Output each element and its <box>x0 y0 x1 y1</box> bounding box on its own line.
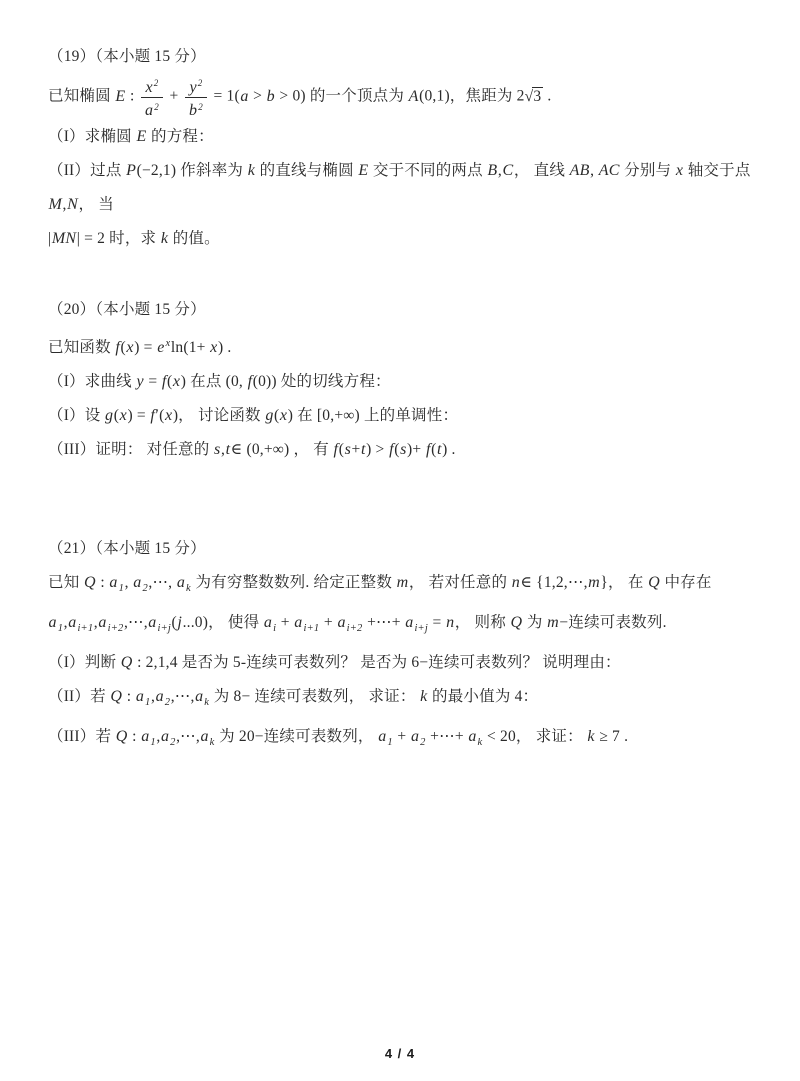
text-span: = 1( <box>209 88 239 105</box>
math-variable: a <box>98 614 107 631</box>
denominator: b2 <box>185 98 208 121</box>
text-span: > <box>249 88 266 105</box>
math-variable: x <box>172 373 180 390</box>
numerator: x2 <box>141 74 164 98</box>
math-variable: a <box>378 728 387 745</box>
text-span: )+ <box>407 441 425 458</box>
text-span: 为 20−连续可表数列， <box>215 728 378 745</box>
math-variable: a <box>176 574 185 591</box>
math-variable: a <box>133 574 142 591</box>
problem-20-body: 已知函数 f(x) = exln(1+ x) .（I）求曲线 y = f(x) … <box>48 327 760 467</box>
math-variable: C <box>502 162 514 179</box>
math-variable: g <box>265 407 274 424</box>
text-span: （I）判断 <box>48 654 120 671</box>
text-span: + <box>320 614 337 631</box>
numerator: y2 <box>185 74 208 98</box>
math-variable: A <box>408 88 419 105</box>
text-span: ...0)， 使得 <box>183 614 264 631</box>
text-span: ≥ 7 . <box>595 728 628 745</box>
fraction: x2a2 <box>141 74 164 120</box>
math-variable: a <box>135 688 144 705</box>
math-variable: a <box>410 728 419 745</box>
text-span: : <box>123 688 136 705</box>
text-span: 已知函数 <box>48 339 115 356</box>
text-span: 分别与 <box>620 162 675 179</box>
text-line: 已知 Q : a1, a2,⋯, ak 为有穷整数数列. 给定正整数 m， 若对… <box>48 566 760 606</box>
text-line: 已知函数 f(x) = exln(1+ x) . <box>48 327 760 365</box>
text-span: ) . <box>442 441 456 458</box>
denominator: a2 <box>141 98 164 121</box>
problem-20-header: （20）（本小题 15 分） <box>48 293 760 327</box>
math-variable: b <box>266 88 275 105</box>
math-variable: Q <box>510 614 523 631</box>
text-span: ∈ (0,+∞) ， 有 <box>231 441 333 458</box>
superscript: 2 <box>197 78 203 88</box>
text-span: + <box>393 728 410 745</box>
problem-19: （19）（本小题 15 分） 已知椭圆 E : x2a2 + y2b2 = 1(… <box>48 40 760 256</box>
fraction: y2b2 <box>185 74 208 120</box>
problem-19-header: （19）（本小题 15 分） <box>48 40 760 74</box>
text-span: (0,1)，焦距为 2 <box>419 88 525 105</box>
text-span: （I）设 <box>48 407 105 424</box>
math-variable: P <box>126 162 137 179</box>
subscript: i+j <box>414 623 429 634</box>
text-line: （I）判断 Q : 2,1,4 是否为 5-连续可表数列？ 是否为 6−连续可表… <box>48 646 760 680</box>
text-span: ， 则称 <box>455 614 510 631</box>
math-variable: a <box>141 728 150 745</box>
subscript: i+2 <box>107 623 124 634</box>
subscript: i+j <box>157 623 172 634</box>
math-variable: a <box>200 728 209 745</box>
math-variable: Q <box>120 654 133 671</box>
math-variable: g <box>105 407 114 424</box>
math-variable: m <box>547 614 560 631</box>
text-span: = <box>428 614 445 631</box>
text-span: 交于不同的两点 <box>369 162 487 179</box>
text-span: , <box>63 196 67 213</box>
text-span: : <box>128 728 141 745</box>
text-line: （I）求曲线 y = f(x) 在点 (0, f(0)) 处的切线方程： <box>48 365 760 399</box>
square-root: √3 <box>525 88 544 105</box>
subscript: i+2 <box>346 623 363 634</box>
math-variable: Q <box>110 688 123 705</box>
text-span: | = 2 时，求 <box>77 230 161 247</box>
subscript: i+1 <box>303 623 320 634</box>
math-variable: E <box>115 88 126 105</box>
text-span: 已知椭圆 <box>48 88 115 105</box>
math-variable: a <box>405 614 414 631</box>
superscript: 2 <box>198 102 204 112</box>
text-span: > 0) 的一个顶点为 <box>275 88 408 105</box>
text-span: 的方程： <box>147 128 214 145</box>
page-number: 4 / 4 <box>0 1046 800 1061</box>
superscript: 2 <box>154 102 160 112</box>
text-line: |MN| = 2 时，求 k 的值。 <box>48 222 760 256</box>
text-span: , <box>590 162 598 179</box>
math-variable: Q <box>115 728 128 745</box>
text-line: （I）设 g(x) = f′(x)， 讨论函数 g(x) 在 [0,+∞) 上的… <box>48 399 760 433</box>
math-variable: y <box>136 373 144 390</box>
problem-21-header: （21）（本小题 15 分） <box>48 532 760 566</box>
text-span: 轴交于点 <box>684 162 751 179</box>
text-span: ) > <box>366 441 388 458</box>
text-span: +⋯+ <box>426 728 468 745</box>
math-variable: a <box>240 88 249 105</box>
math-variable: AB <box>569 162 590 179</box>
math-variable: a <box>294 614 303 631</box>
text-span: + <box>277 614 294 631</box>
text-span: : 2,1,4 是否为 5-连续可表数列？ 是否为 6−连续可表数列？ 说明理由… <box>133 654 621 671</box>
text-line: （II）过点 P(−2,1) 作斜率为 k 的直线与椭圆 E 交于不同的两点 B… <box>48 154 760 222</box>
text-span: 的最小值为 4： <box>428 688 538 705</box>
math-variable: a <box>155 688 164 705</box>
radicand: 3 <box>532 87 543 105</box>
text-span: −连续可表数列. <box>559 614 666 631</box>
text-span: ( <box>394 441 399 458</box>
math-variable: e <box>157 339 165 356</box>
text-span: (0)) 处的切线方程： <box>253 373 391 390</box>
text-span: ， 当 <box>78 196 113 213</box>
text-span: （III）若 <box>48 728 115 745</box>
text-span: ,⋯, <box>176 728 200 745</box>
text-line: 已知椭圆 E : x2a2 + y2b2 = 1(a > b > 0) 的一个顶… <box>48 74 760 120</box>
problem-21: （21）（本小题 15 分） 已知 Q : a1, a2,⋯, ak 为有穷整数… <box>48 532 760 760</box>
text-span: 为 8− 连续可表数列， 求证： <box>210 688 420 705</box>
math-variable: B <box>487 162 498 179</box>
math-variable: E <box>136 128 147 145</box>
text-span: （I）求椭圆 <box>48 128 136 145</box>
text-span: , <box>125 574 133 591</box>
text-span: = <box>144 373 161 390</box>
text-span: )， 讨论函数 <box>173 407 265 424</box>
text-span: （II）若 <box>48 688 110 705</box>
math-variable: x <box>279 407 287 424</box>
text-line: （I）求椭圆 E 的方程： <box>48 120 760 154</box>
math-variable: E <box>358 162 369 179</box>
math-variable: b <box>189 102 198 119</box>
text-span: (−2,1) 作斜率为 <box>137 162 248 179</box>
text-span: +⋯+ <box>363 614 405 631</box>
text-line: a1,ai+1,ai+2,⋯,ai+j(j...0)， 使得 ai + ai+1… <box>48 606 760 646</box>
text-span: ) . <box>218 339 232 356</box>
math-variable: M <box>48 196 63 213</box>
subscript: i+1 <box>77 623 94 634</box>
math-variable: a <box>195 688 204 705</box>
text-span: 的直线与椭圆 <box>256 162 358 179</box>
text-span: : <box>126 88 139 105</box>
math-variable: k <box>160 230 168 247</box>
text-span: ′( <box>156 407 165 424</box>
math-variable: x <box>126 339 134 356</box>
math-variable: n <box>446 614 455 631</box>
math-variable: AC <box>598 162 620 179</box>
math-variable: a <box>109 574 118 591</box>
math-variable: a <box>263 614 272 631</box>
text-span: ,⋯, <box>124 614 148 631</box>
text-span: < 20， 求证： <box>483 728 587 745</box>
math-variable: k <box>247 162 255 179</box>
text-span: ) = <box>127 407 149 424</box>
text-span: ln(1+ <box>171 339 210 356</box>
text-span: 为 <box>523 614 547 631</box>
text-span: ) 在点 (0, <box>181 373 247 390</box>
text-span: ∈ {1,2,⋯, <box>520 574 587 591</box>
math-variable: s <box>214 441 221 458</box>
text-span: 中存在 <box>660 574 711 591</box>
math-variable: x <box>675 162 683 179</box>
problem-21-body: 已知 Q : a1, a2,⋯, ak 为有穷整数数列. 给定正整数 m， 若对… <box>48 566 760 760</box>
text-span: ,⋯, <box>148 574 176 591</box>
math-variable: Q <box>83 574 96 591</box>
text-span: : <box>96 574 109 591</box>
math-variable: N <box>67 196 79 213</box>
text-line: （III）若 Q : a1,a2,⋯,ak 为 20−连续可表数列， a1 + … <box>48 720 760 760</box>
text-span: 的值。 <box>169 230 220 247</box>
exam-page: （19）（本小题 15 分） 已知椭圆 E : x2a2 + y2b2 = 1(… <box>0 0 800 1081</box>
problem-20: （20）（本小题 15 分） 已知函数 f(x) = exln(1+ x) .（… <box>48 293 760 467</box>
math-variable: Q <box>648 574 661 591</box>
text-span: }， 在 <box>600 574 647 591</box>
problem-19-body: 已知椭圆 E : x2a2 + y2b2 = 1(a > b > 0) 的一个顶… <box>48 74 760 256</box>
math-variable: k <box>587 728 595 745</box>
math-variable: a <box>160 728 169 745</box>
text-span: ) 在 [0,+∞) 上的单调性： <box>288 407 458 424</box>
text-span: （II）过点 <box>48 162 126 179</box>
text-span: . <box>543 88 551 105</box>
text-span: （III）证明： 对任意的 <box>48 441 214 458</box>
math-variable: a <box>68 614 77 631</box>
text-line: （III）证明： 对任意的 s,t∈ (0,+∞) ， 有 f(s+t) > f… <box>48 433 760 467</box>
text-span: 为有穷整数数列. 给定正整数 <box>191 574 396 591</box>
text-span: + <box>165 88 182 105</box>
math-variable: s <box>344 441 351 458</box>
text-span: ) = <box>134 339 156 356</box>
text-span: （I）求曲线 <box>48 373 136 390</box>
text-line: （II）若 Q : a1,a2,⋯,ak 为 8− 连续可表数列， 求证： k … <box>48 680 760 720</box>
math-variable: x <box>210 339 218 356</box>
text-span: ， 直线 <box>514 162 569 179</box>
superscript: 2 <box>153 78 159 88</box>
math-variable: x <box>165 407 173 424</box>
math-variable: m <box>588 574 601 591</box>
math-variable: s <box>400 441 407 458</box>
math-variable: a <box>148 614 157 631</box>
text-span: 已知 <box>48 574 83 591</box>
math-variable: m <box>396 574 409 591</box>
text-span: ,⋯, <box>171 688 195 705</box>
math-variable: a <box>48 614 57 631</box>
text-span: ， 若对任意的 <box>409 574 511 591</box>
math-variable: a <box>468 728 477 745</box>
math-variable: a <box>337 614 346 631</box>
math-variable: k <box>420 688 428 705</box>
math-variable: a <box>145 102 154 119</box>
math-variable: MN <box>51 230 76 247</box>
